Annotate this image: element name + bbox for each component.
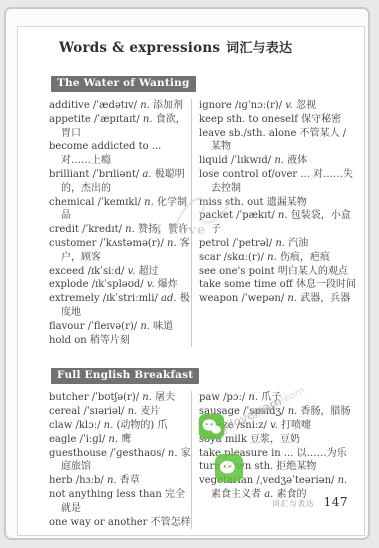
viewer-frame: Words & expressions词汇与表达 The Water of Wa… [4, 7, 370, 540]
word-entry: hold on 稍等片刻 [49, 334, 191, 348]
word-entry: herb /hɜːb/ n. 香草 [49, 474, 191, 488]
word-entry: ignore /ɪɡˈnɔː(r)/ v. 忽视 [199, 99, 359, 113]
vocab-column-left: butcher /ˈbʊtʃə(r)/ n. 屠夫cereal /ˈsɪəriə… [49, 391, 191, 529]
section-banner-row: Full English Breakfast [51, 363, 359, 384]
word-entry: butcher /ˈbʊtʃə(r)/ n. 屠夫 [49, 391, 191, 405]
word-entry: exceed /ɪkˈsiːd/ v. 超过 [49, 265, 191, 279]
wechat-watermark-icon-fragment [214, 453, 244, 487]
word-entry: leave sb./sth. alone 不管某人 / 某物 [199, 127, 359, 155]
word-entry: take some time off 休息一段时间 [199, 278, 359, 292]
page-content: Words & expressions词汇与表达 The Water of Wa… [18, 27, 364, 535]
word-entry: cereal /ˈsɪəriəl/ n. 麦片 [49, 405, 191, 419]
viewer-background: Words & expressions词汇与表达 The Water of Wa… [0, 0, 379, 548]
word-entry: explode /ɪkˈspləʊd/ v. 爆炸 [49, 278, 191, 292]
word-entry: keep sth. to oneself 保守秘密 [199, 113, 359, 127]
word-entry: additive /ˈædətɪv/ n. 添加剂 [49, 99, 191, 113]
word-entry: extremely /ɪkˈstriːmli/ ad. 极度地 [49, 292, 191, 320]
page-title-zh: 词汇与表达 [226, 41, 292, 56]
word-entry: guesthouse /ˈɡesthaʊs/ n. 家庭旅馆 [49, 447, 191, 475]
word-entry: eagle /ˈiːɡl/ n. 鹰 [49, 433, 191, 447]
page-number: 147 [324, 495, 348, 509]
word-entry: become addicted to ... 对……上瘾 [49, 140, 191, 168]
word-entry: one way or another 不管怎样 [49, 516, 191, 530]
word-entry: liquid /ˈlɪkwɪd/ n. 液体 [199, 154, 359, 168]
wechat-watermark-icon [198, 413, 225, 444]
textbook-page: Words & expressions词汇与表达 The Water of Wa… [17, 26, 365, 536]
section-banner: Full English Breakfast [51, 368, 199, 384]
page-footer: 词汇与表达147 [272, 491, 348, 510]
page-title-en: Words & expressions [59, 40, 220, 56]
section-banner-row: The Water of Wanting [51, 71, 359, 92]
word-entry: see one's point 明白某人的观点 [199, 265, 359, 279]
faint-text-watermark: I Love [156, 223, 206, 238]
word-entry: flavour /ˈfleɪvə(r)/ n. 味道 [49, 320, 191, 334]
page-title: Words & expressions词汇与表达 [59, 39, 359, 58]
section-banner: The Water of Wanting [51, 76, 196, 92]
word-entry: not anything less than 完全就是 [49, 488, 191, 516]
word-entry: weapon /ˈwepən/ n. 武器，兵器 [199, 292, 359, 306]
footer-section-label: 词汇与表达 [272, 499, 315, 508]
word-entry: scar /skɑː(r)/ n. 伤痕，疤痕 [199, 251, 359, 265]
word-entry: appetite /ˈæpɪtaɪt/ n. 食欲，胃口 [49, 113, 191, 141]
word-entry: claw /klɔː/ n. (动物的) 爪 [49, 419, 191, 433]
